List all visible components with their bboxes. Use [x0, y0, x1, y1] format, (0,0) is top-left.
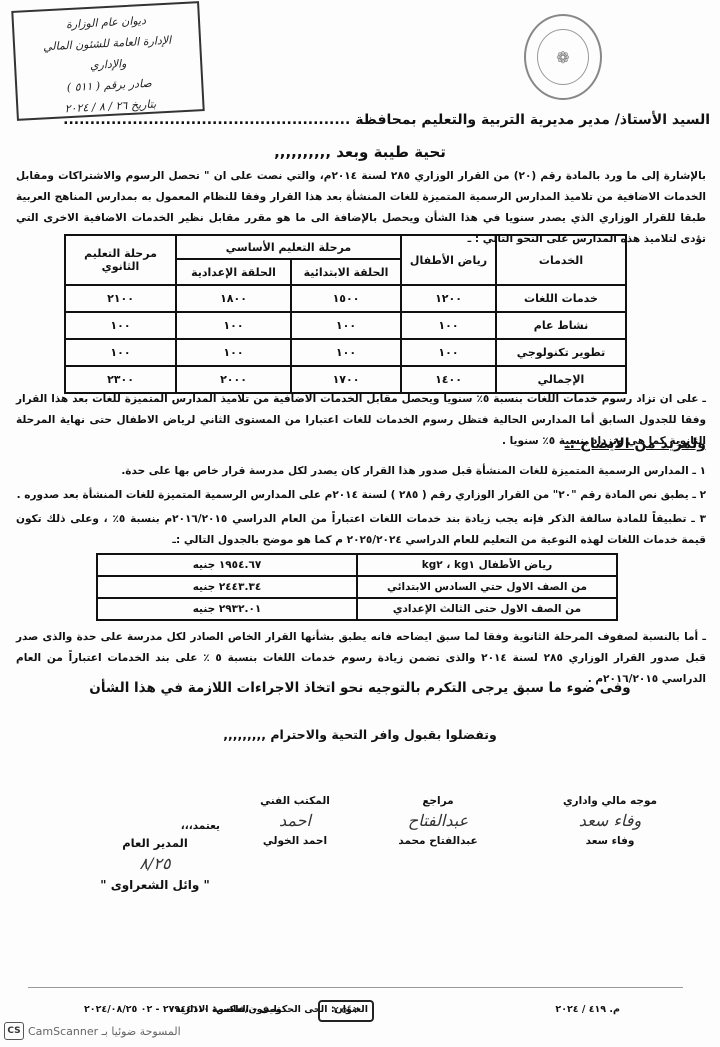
fees-table: الخدمات رياض الأطفال مرحلة التعليم الأسا… — [64, 234, 627, 394]
signature-name: وفاء سعد — [550, 835, 670, 847]
cell-kg: ١٠٠ — [401, 339, 496, 366]
signature-title: المكتب الفني — [245, 795, 345, 807]
cell-amount: ٢٤٤٣.٣٤ جنيه — [97, 576, 357, 598]
signature-financial-supervisor: موجه مالي واداري وفاء سعد وفاء سعد — [550, 795, 670, 847]
cell-level: رياض الأطفال kg١ ، kg٢ — [357, 554, 617, 576]
col-secondary: مرحلة التعليم الثانوي — [65, 235, 176, 285]
point-3: ٣ ـ تطبيقاً للمادة سالفة الذكر فإنه يجب … — [16, 509, 706, 551]
cell-secondary: ٢١٠٠ — [65, 285, 176, 312]
signature-name: عبدالفتاح محمد — [378, 835, 498, 847]
handwritten-signature-icon: وفاء سعد — [550, 811, 670, 833]
col-services: الخدمات — [496, 235, 626, 285]
cell-service: خدمات اللغات — [496, 285, 626, 312]
language-fees-table: رياض الأطفال kg١ ، kg٢ ١٩٥٤.٦٧ جنيه من ا… — [96, 553, 618, 621]
cell-kg: ١٢٠٠ — [401, 285, 496, 312]
page-indicator: ٢ of ٢ — [318, 1000, 374, 1022]
signature-general-director: يعتمد،،، المدير العام ٨/٢٥ " وائل الشعرا… — [80, 820, 230, 892]
camscanner-logo-icon: CS — [4, 1022, 24, 1040]
greeting: تحية طيبة وبعد ,,,,,,,,,, — [0, 143, 720, 161]
point-1: ١ ـ المدارس الرسمية المتميزة للغات المنش… — [16, 461, 706, 482]
col-basic-stage: مرحلة التعليم الأساسي — [176, 235, 401, 259]
document-page: ❁ ديوان عام الوزارة الإدارة العامة للشئو… — [0, 0, 720, 1047]
table-row: خدمات اللغات ١٢٠٠ ١٥٠٠ ١٨٠٠ ٢١٠٠ — [65, 285, 626, 312]
cell-amount: ١٩٥٤.٦٧ جنيه — [97, 554, 357, 576]
ministry-seal-icon: ❁ — [524, 14, 602, 100]
watermark-text: CamScanner المسوحة ضوئيا بـ — [28, 1025, 181, 1038]
handwritten-signature-icon: احمد — [245, 811, 345, 833]
cell-service: تطوير تكنولوجي — [496, 339, 626, 366]
col-primary: الحلقة الابتدائية — [291, 259, 401, 285]
col-preparatory: الحلقة الإعدادية — [176, 259, 291, 285]
cell-level: من الصف الاول حتي السادس الابتدائي — [357, 576, 617, 598]
footer-phone: تليفون/فاكس: ٢٧٩٤٤٦١٠ - ٠٢ ٢٠٢٤/٠٨/٢٥ — [84, 1004, 281, 1015]
signature-name: " وائل الشعراوى " — [80, 878, 230, 892]
cell-secondary: ١٠٠ — [65, 339, 176, 366]
signature-technical-office: المكتب الفني احمد احمد الخولي — [245, 795, 345, 847]
signature-reviewer: مراجع عبدالفتاح عبدالفتاح محمد — [378, 795, 498, 847]
handwritten-signature-icon: عبدالفتاح — [378, 811, 498, 833]
cell-primary: ١٥٠٠ — [291, 285, 401, 312]
cell-primary: ١٠٠ — [291, 339, 401, 366]
cell-level: من الصف الاول حتى الثالث الإعدادي — [357, 598, 617, 620]
table-row: تطوير تكنولوجي ١٠٠ ١٠٠ ١٠٠ ١٠٠ — [65, 339, 626, 366]
table-row: من الصف الاول حتي السادس الابتدائي ٢٤٤٣.… — [97, 576, 617, 598]
signature-title: موجه مالي واداري — [550, 795, 670, 807]
cell-primary: ١٠٠ — [291, 312, 401, 339]
cell-service: نشاط عام — [496, 312, 626, 339]
table-row: نشاط عام ١٠٠ ١٠٠ ١٠٠ ١٠٠ — [65, 312, 626, 339]
signature-name: احمد الخولي — [245, 835, 345, 847]
eagle-emblem-icon: ❁ — [537, 29, 589, 85]
table-row: من الصف الاول حتى الثالث الإعدادي ٢٩٣٢.٠… — [97, 598, 617, 620]
cell-prep: ١٨٠٠ — [176, 285, 291, 312]
point-2: ٢ ـ يطبق نص المادة رقم "٢٠" من القرار ال… — [16, 485, 706, 506]
clarification-heading: ولمزيد من الايضاح :ـ — [565, 436, 706, 452]
footer-reference: م. ٤١٩ / ٢٠٢٤ — [555, 1004, 620, 1015]
footer-divider — [28, 987, 683, 988]
col-kindergarten: رياض الأطفال — [401, 235, 496, 285]
cell-prep: ١٠٠ — [176, 339, 291, 366]
cell-amount: ٢٩٣٢.٠١ جنيه — [97, 598, 357, 620]
outgoing-stamp: ديوان عام الوزارة الإدارة العامة للشئون … — [11, 1, 204, 121]
signature-title: مراجع — [378, 795, 498, 807]
camscanner-watermark: CS CamScanner المسوحة ضوئيا بـ — [4, 1020, 181, 1042]
cell-secondary: ١٠٠ — [65, 312, 176, 339]
addressee: السيد الأستاذ/ مدير مديرية التربية والتع… — [10, 112, 710, 128]
closing-request: وفى ضوء ما سبق يرجى التكرم بالتوجيه نحو … — [0, 680, 720, 696]
approval-label: يعتمد،،، — [80, 820, 230, 832]
signature-role: المدير العام — [80, 836, 230, 850]
table-row: رياض الأطفال kg١ ، kg٢ ١٩٥٤.٦٧ جنيه — [97, 554, 617, 576]
closing-regards: وتفضلوا بقبول وافر التحية والاحترام ,,,,… — [0, 727, 720, 742]
cell-prep: ١٠٠ — [176, 312, 291, 339]
cell-kg: ١٠٠ — [401, 312, 496, 339]
handwritten-signature-icon: ٨/٢٥ — [80, 854, 230, 876]
